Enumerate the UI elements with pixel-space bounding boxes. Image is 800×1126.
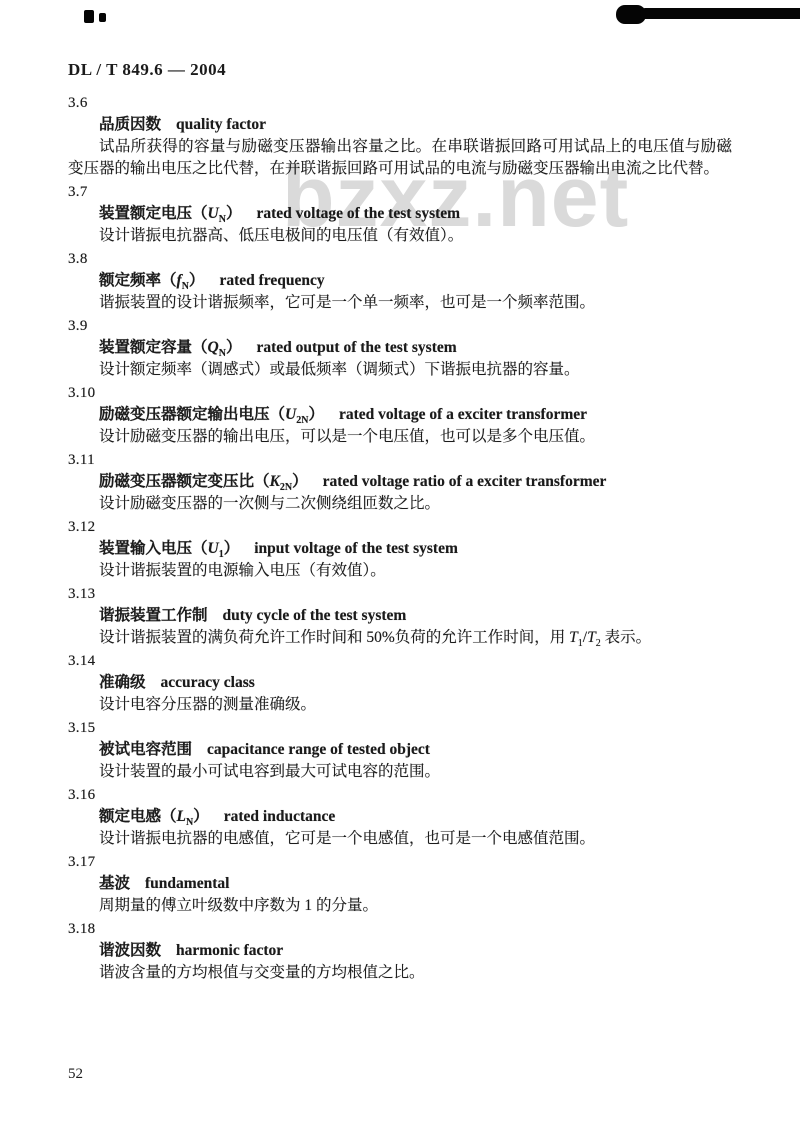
section-number: 3.10	[68, 382, 732, 404]
term-english: rated voltage ratio of a exciter transfo…	[323, 473, 607, 490]
term-english: duty cycle of the test system	[223, 607, 407, 624]
scan-artifact-bar	[640, 8, 800, 19]
term-definition: 谐波含量的方均根值与交变量的方均根值之比。	[68, 962, 732, 984]
section-number: 3.15	[68, 717, 732, 739]
definition-section: 3.17 基波fundamental 周期量的傅立叶级数中序数为 1 的分量。	[68, 851, 732, 917]
scan-artifact-mark	[84, 10, 94, 23]
term-chinese: 额定电感（LN）	[99, 808, 209, 825]
section-number: 3.13	[68, 583, 732, 605]
scan-artifact-mark	[99, 13, 106, 22]
section-number: 3.11	[68, 449, 732, 471]
definitions-list: 3.6 品质因数quality factor 试品所获得的容量与励磁变压器输出容…	[68, 92, 732, 985]
section-number: 3.16	[68, 784, 732, 806]
section-number: 3.12	[68, 516, 732, 538]
term-line: 被试电容范围capacitance range of tested object	[68, 739, 732, 761]
definition-section: 3.11 励磁变压器额定变压比（K2N）rated voltage ratio …	[68, 449, 732, 515]
section-number: 3.9	[68, 315, 732, 337]
definition-section: 3.15 被试电容范围capacitance range of tested o…	[68, 717, 732, 783]
term-definition: 设计谐振装置的电源输入电压（有效值）。	[68, 560, 732, 582]
term-english: rated frequency	[219, 272, 324, 289]
term-line: 装置额定容量（QN）rated output of the test syste…	[68, 337, 732, 359]
term-chinese: 装置额定容量（QN）	[99, 339, 241, 356]
term-line: 额定电感（LN）rated inductance	[68, 806, 732, 828]
term-definition: 设计额定频率（调感式）或最低频率（调频式）下谐振电抗器的容量。	[68, 359, 732, 381]
term-line: 励磁变压器额定变压比（K2N）rated voltage ratio of a …	[68, 471, 732, 493]
term-english: input voltage of the test system	[254, 540, 458, 557]
term-chinese: 被试电容范围	[99, 741, 192, 758]
section-number: 3.8	[68, 248, 732, 270]
section-number: 3.6	[68, 92, 732, 114]
definition-section: 3.10 励磁变压器额定输出电压（U2N）rated voltage of a …	[68, 382, 732, 448]
definition-section: 3.9 装置额定容量（QN）rated output of the test s…	[68, 315, 732, 381]
definition-section: 3.6 品质因数quality factor 试品所获得的容量与励磁变压器输出容…	[68, 92, 732, 180]
term-definition: 周期量的傅立叶级数中序数为 1 的分量。	[68, 895, 732, 917]
term-english: rated voltage of the test system	[256, 205, 460, 222]
term-definition: 设计谐振电抗器高、低压电极间的电压值（有效值）。	[68, 225, 732, 247]
term-definition: 设计谐振装置的满负荷允许工作时间和 50%负荷的允许工作时间，用 T1/T2 表…	[68, 627, 732, 649]
term-line: 基波fundamental	[68, 873, 732, 895]
definition-section: 3.8 额定频率（fN）rated frequency 谐振装置的设计谐振频率，…	[68, 248, 732, 314]
term-chinese: 基波	[99, 875, 130, 892]
definition-section: 3.12 装置输入电压（U1）input voltage of the test…	[68, 516, 732, 582]
term-english: rated voltage of a exciter transformer	[339, 406, 587, 423]
term-definition: 设计装置的最小可试电容到最大可试电容的范围。	[68, 761, 732, 783]
term-line: 准确级accuracy class	[68, 672, 732, 694]
section-number: 3.7	[68, 181, 732, 203]
term-definition: 试品所获得的容量与励磁变压器输出容量之比。在串联谐振回路可用试品上的电压值与励磁…	[68, 136, 732, 180]
term-line: 谐振装置工作制duty cycle of the test system	[68, 605, 732, 627]
term-english: accuracy class	[161, 674, 255, 691]
term-definition: 设计励磁变压器的一次侧与二次侧绕组匝数之比。	[68, 493, 732, 515]
section-number: 3.18	[68, 918, 732, 940]
term-line: 谐波因数harmonic factor	[68, 940, 732, 962]
definition-section: 3.7 装置额定电压（UN）rated voltage of the test …	[68, 181, 732, 247]
term-chinese: 装置额定电压（UN）	[99, 205, 241, 222]
page-number: 52	[68, 1066, 83, 1083]
term-english: rated inductance	[224, 808, 336, 825]
page: DL / T 849.6 — 2004 bzxz.net 3.6 品质因数qua…	[0, 0, 800, 1126]
term-definition: 设计励磁变压器的输出电压，可以是一个电压值，也可以是多个电压值。	[68, 426, 732, 448]
term-chinese: 装置输入电压（U1）	[99, 540, 239, 557]
term-english: harmonic factor	[176, 942, 283, 959]
term-chinese: 品质因数	[99, 116, 161, 133]
term-line: 装置输入电压（U1）input voltage of the test syst…	[68, 538, 732, 560]
term-definition: 设计电容分压器的测量准确级。	[68, 694, 732, 716]
section-number: 3.14	[68, 650, 732, 672]
term-definition: 设计谐振电抗器的电感值，它可是一个电感值，也可是一个电感值范围。	[68, 828, 732, 850]
term-chinese: 励磁变压器额定输出电压（U2N）	[99, 406, 324, 423]
standard-number-header: DL / T 849.6 — 2004	[68, 60, 226, 80]
term-definition: 谐振装置的设计谐振频率，它可是一个单一频率，也可是一个频率范围。	[68, 292, 732, 314]
term-english: capacitance range of tested object	[207, 741, 430, 758]
scanned-standard-page: { "page": { "header": "DL / T 849.6 — 20…	[0, 0, 800, 1126]
term-chinese: 额定频率（fN）	[99, 272, 204, 289]
term-chinese: 谐波因数	[99, 942, 161, 959]
definition-section: 3.16 额定电感（LN）rated inductance 设计谐振电抗器的电感…	[68, 784, 732, 850]
term-line: 额定频率（fN）rated frequency	[68, 270, 732, 292]
term-chinese: 谐振装置工作制	[99, 607, 208, 624]
term-english: fundamental	[145, 875, 229, 892]
definition-section: 3.14 准确级accuracy class 设计电容分压器的测量准确级。	[68, 650, 732, 716]
section-number: 3.17	[68, 851, 732, 873]
term-chinese: 励磁变压器额定变压比（K2N）	[99, 473, 308, 490]
term-english: quality factor	[176, 116, 266, 133]
definition-section: 3.13 谐振装置工作制duty cycle of the test syste…	[68, 583, 732, 649]
term-chinese: 准确级	[99, 674, 146, 691]
definition-section: 3.18 谐波因数harmonic factor 谐波含量的方均根值与交变量的方…	[68, 918, 732, 984]
term-line: 励磁变压器额定输出电压（U2N）rated voltage of a excit…	[68, 404, 732, 426]
term-line: 品质因数quality factor	[68, 114, 732, 136]
term-english: rated output of the test system	[256, 339, 456, 356]
term-line: 装置额定电压（UN）rated voltage of the test syst…	[68, 203, 732, 225]
